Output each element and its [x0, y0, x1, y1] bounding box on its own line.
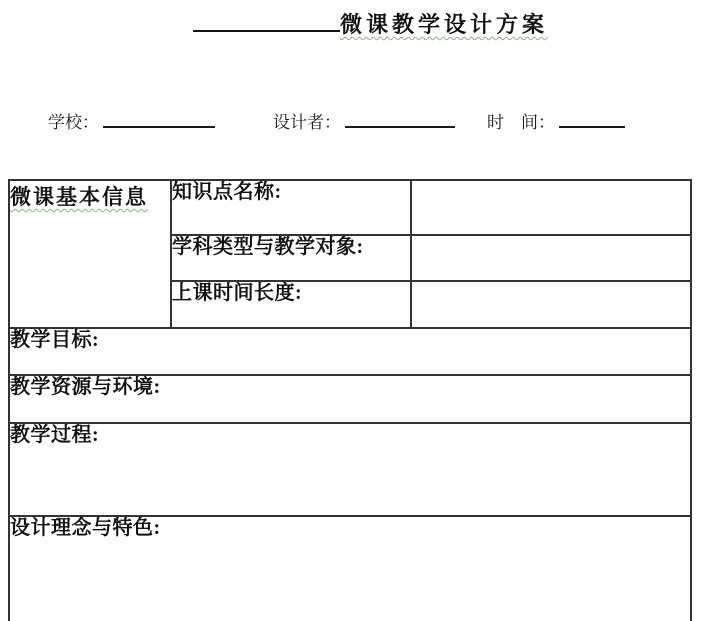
table-row: 教学过程: [9, 423, 691, 516]
page-title: 微课教学设计方案 [340, 12, 548, 38]
design-form-table: 微课基本信息 知识点名称: 学科类型与教学对象: 上课时间长度: 教学目标: 教… [8, 179, 692, 621]
table-row: 微课基本信息 知识点名称: [9, 180, 691, 235]
school-blank-line[interactable] [103, 125, 215, 128]
class-duration-label: 上课时间长度: [172, 282, 302, 304]
header-fields-row: 学校：设计者：时 间： [48, 108, 701, 133]
design-philosophy-cell[interactable]: 设计理念与特色: [9, 516, 691, 621]
teaching-goals-cell[interactable]: 教学目标: [9, 328, 691, 375]
table-row: 教学资源与环境: [9, 375, 691, 423]
knowledge-point-value-cell[interactable] [411, 180, 691, 235]
class-duration-label-cell: 上课时间长度: [171, 281, 411, 328]
design-philosophy-label: 设计理念与特色: [10, 517, 161, 539]
table-row: 设计理念与特色: [9, 516, 691, 621]
time-blank-line[interactable] [559, 125, 625, 128]
teaching-resources-label: 教学资源与环境: [10, 376, 161, 398]
time-label: 时 间： [487, 113, 555, 132]
subject-type-label: 学科类型与教学对象: [172, 236, 364, 258]
designer-label: 设计者： [273, 113, 341, 132]
title-row: 微课教学设计方案 [0, 0, 701, 38]
document-page: 微课教学设计方案 学校：设计者：时 间： 微课基本信息 知识点名称: 学科类型与… [0, 0, 701, 621]
title-blank-line[interactable] [193, 29, 340, 32]
basic-info-merged-cell: 微课基本信息 [9, 180, 171, 328]
designer-field: 设计者： [273, 113, 455, 132]
teaching-process-label: 教学过程: [10, 424, 99, 446]
school-field: 学校： [48, 113, 215, 132]
knowledge-point-label: 知识点名称: [172, 181, 282, 203]
class-duration-value-cell[interactable] [411, 281, 691, 328]
school-label: 学校： [48, 113, 99, 132]
subject-type-label-cell: 学科类型与教学对象: [171, 235, 411, 281]
teaching-process-cell[interactable]: 教学过程: [9, 423, 691, 516]
knowledge-point-label-cell: 知识点名称: [171, 180, 411, 235]
teaching-resources-cell[interactable]: 教学资源与环境: [9, 375, 691, 423]
basic-info-header-label: 微课基本信息 [10, 185, 148, 209]
designer-blank-line[interactable] [345, 125, 455, 128]
subject-type-value-cell[interactable] [411, 235, 691, 281]
teaching-goals-label: 教学目标: [10, 329, 99, 351]
time-field: 时 间： [487, 113, 625, 132]
table-row: 教学目标: [9, 328, 691, 375]
